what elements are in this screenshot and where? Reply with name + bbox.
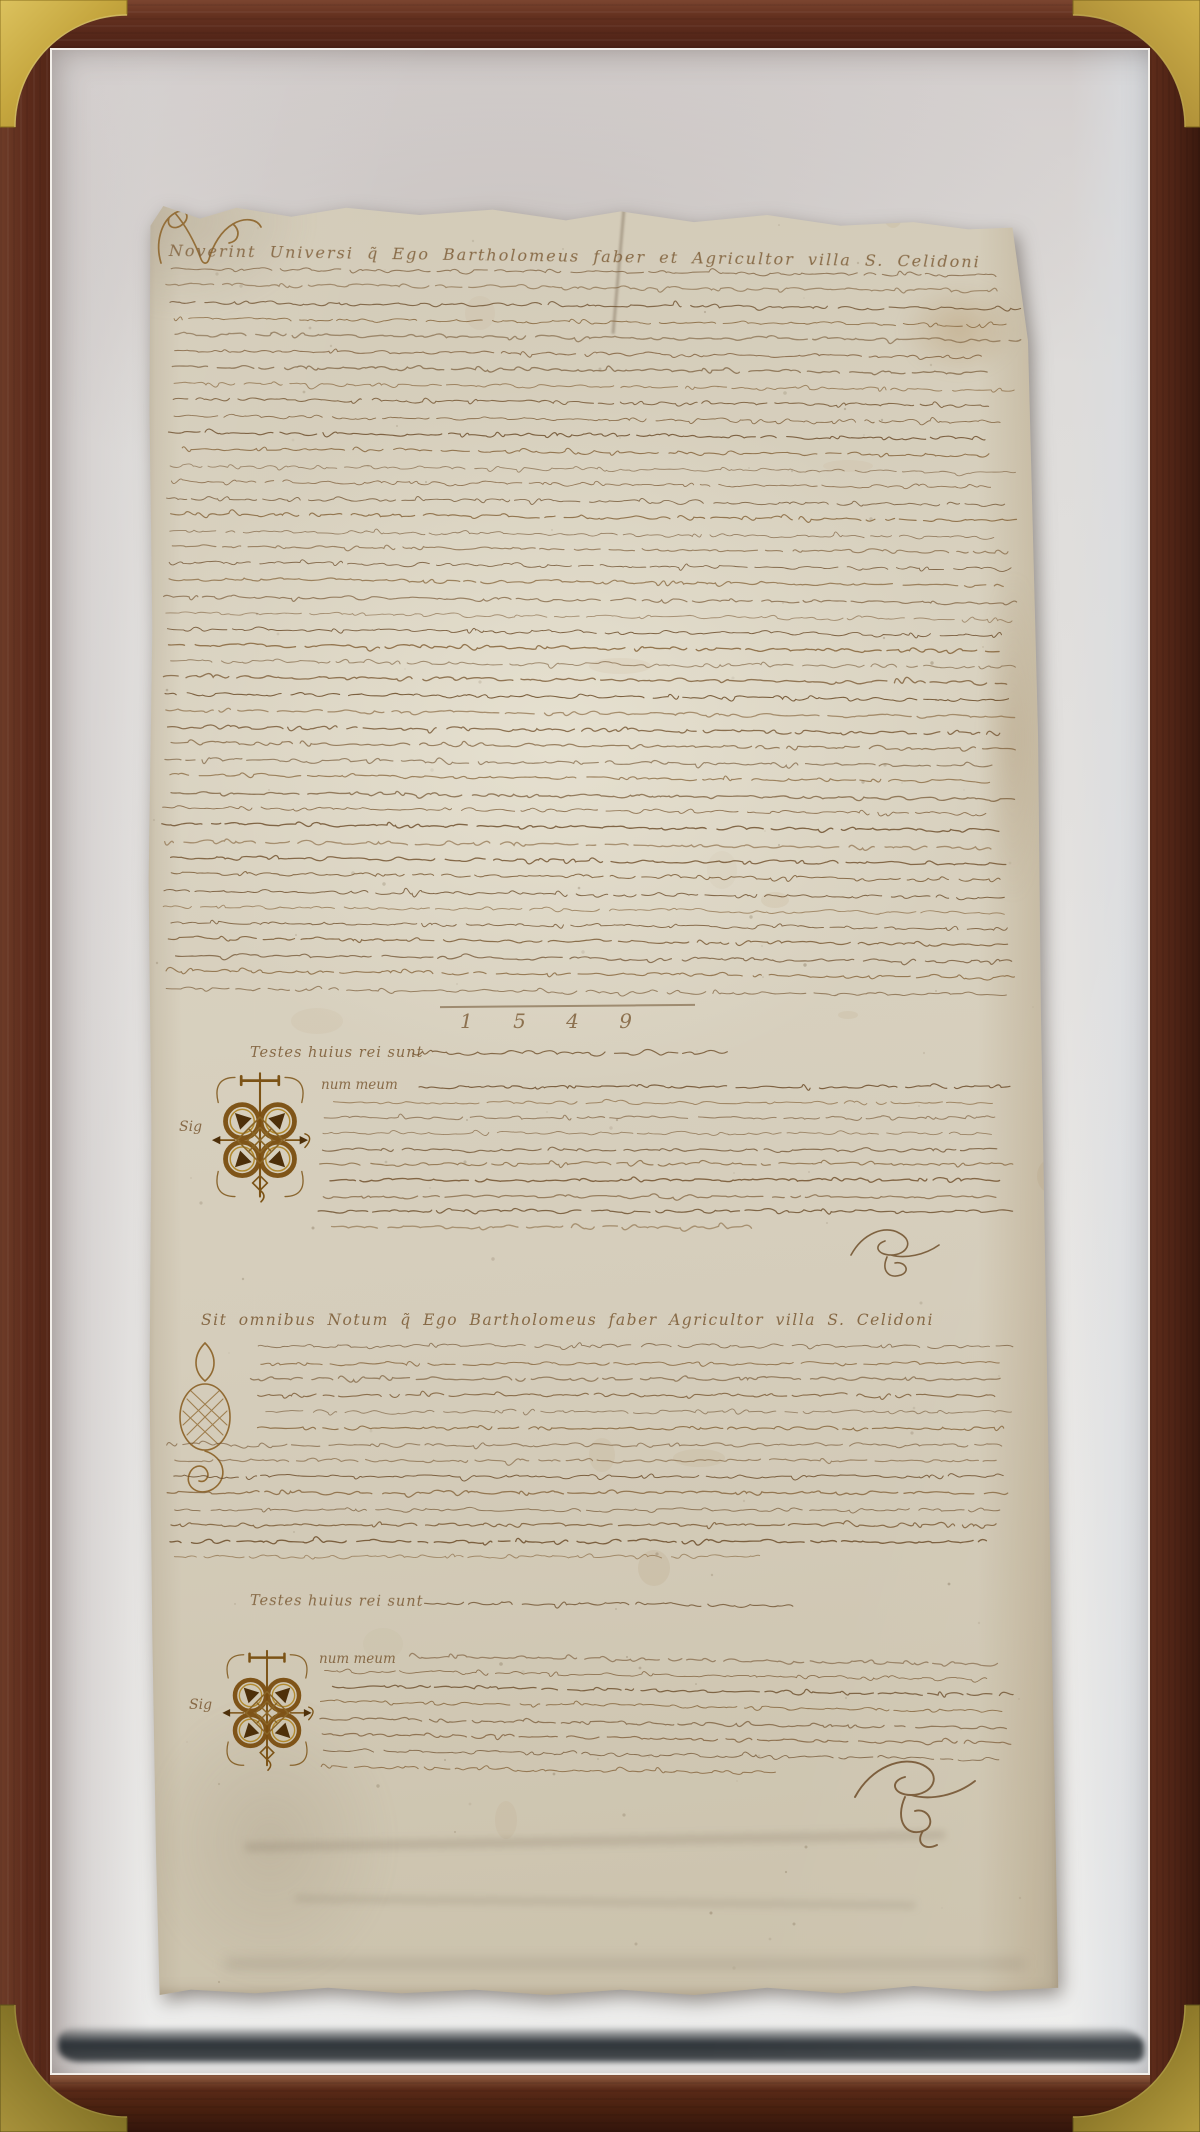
manuscript-parchment: Noverint Universi q̃ Ego Bartholomeus fa… xyxy=(145,197,1060,1995)
date-1549: 1 5 4 9 xyxy=(460,1009,642,1033)
paragraph-1-lines xyxy=(160,260,1016,1012)
brass-corner-top-left xyxy=(0,0,130,130)
witness-heading: Testes huius rei sunt xyxy=(250,1593,424,1610)
signum-prefix-1: Sig xyxy=(179,1119,202,1135)
witness-line-2: Testes huius rei sunt xyxy=(250,1591,990,1623)
witness-1-lines xyxy=(412,1041,982,1069)
picture-frame-left xyxy=(0,0,50,2132)
signum-prefix-2: Sig xyxy=(189,1697,212,1713)
notarial-signum-1 xyxy=(207,1067,313,1207)
brass-corner-bottom-left xyxy=(0,2002,130,2132)
notary-signature-2 xyxy=(845,1745,995,1855)
bottom-felt-shadow xyxy=(58,2028,1144,2062)
witness-heading: Testes huius rei sunt xyxy=(250,1045,423,1061)
parchment-wrapper: Noverint Universi q̃ Ego Bartholomeus fa… xyxy=(145,197,1060,1995)
picture-frame-bottom xyxy=(0,2075,1200,2132)
witness-line-1: Testes huius rei sunt xyxy=(250,1043,990,1071)
framed-manuscript-photo: Noverint Universi q̃ Ego Bartholomeus fa… xyxy=(0,0,1200,2132)
notary-signature-1 xyxy=(845,1217,955,1277)
brass-corner-top-right xyxy=(1070,0,1200,130)
picture-frame-right xyxy=(1150,0,1200,2132)
notarial-signum-2 xyxy=(217,1645,317,1775)
picture-frame-top xyxy=(0,0,1200,48)
paragraph-2-opening: Sit omnibus Notum q̃ Ego Bartholomeus fa… xyxy=(201,1311,934,1329)
paragraph-2-lines xyxy=(165,1337,1015,1569)
witness-2-lines xyxy=(412,1590,982,1621)
brass-corner-bottom-right xyxy=(1070,2002,1200,2132)
